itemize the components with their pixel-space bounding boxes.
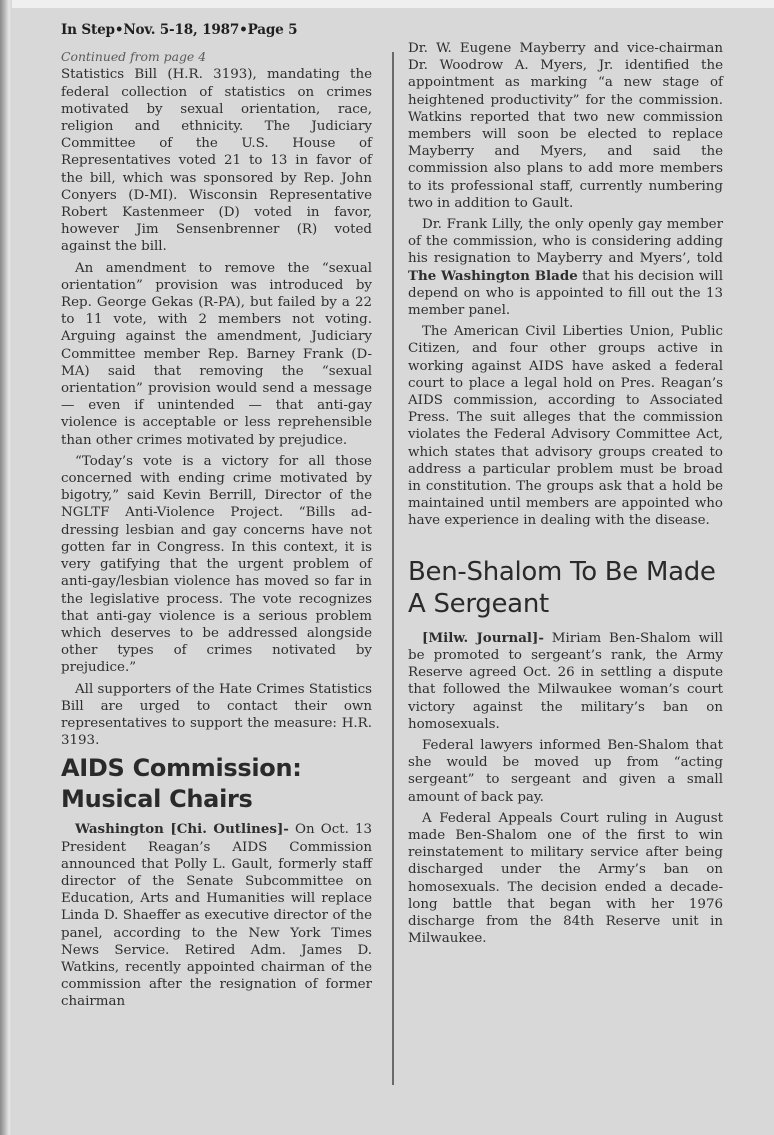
headline-line-2: Musical Chairs [61, 784, 372, 815]
lead-text: On Oct. 13 President Reagan’s AIDS Commi… [61, 822, 372, 1009]
hate-crimes-paragraph-1: Statistics Bill (H.R. 3193), mandating t… [61, 66, 372, 255]
column-divider [392, 52, 394, 1085]
right-column: Dr. W. Eugene Mayberry and vice-chairman… [408, 40, 723, 951]
publication-name: The Washington Blade [408, 268, 578, 284]
ben-shalom-lead: [Milw. Journal]- Miriam Ben-Shalom will … [408, 630, 723, 733]
page-binding-gutter [0, 0, 12, 1135]
lilly-paragraph: Dr. Frank Lilly, the only openly gay mem… [408, 216, 723, 319]
aclu-paragraph: The American Civil Liberties Union, Publ… [408, 323, 723, 529]
hate-crimes-paragraph-4: All supporters of the Hate Crimes Statis… [61, 681, 372, 750]
headline-ben-shalom: Ben-Shalom To Be Made A Sergeant [408, 556, 723, 620]
dateline: Washington [Chi. Outlines]- [75, 821, 289, 837]
page-folio: In Step•Nov. 5-18, 1987•Page 5 [61, 22, 372, 39]
hate-crimes-paragraph-3: “Today’s vote is a victory for all those… [61, 453, 372, 677]
headline-line-2: A Sergeant [408, 588, 723, 620]
ben-shalom-paragraph-2: Federal lawyers informed Ben-Shalom that… [408, 737, 723, 806]
hate-crimes-paragraph-2: An amendment to remove the “sexual orien… [61, 260, 372, 449]
left-column: In Step•Nov. 5-18, 1987•Page 5 Continued… [61, 22, 372, 1015]
headline-aids-commission: AIDS Commission: Musical Chairs [61, 753, 372, 815]
dateline: [Milw. Journal]- [422, 630, 544, 646]
aids-commission-continued: Dr. W. Eugene Mayberry and vice-chairman… [408, 40, 723, 212]
continued-note: Continued from page 4 [61, 48, 372, 65]
lilly-text-before: Dr. Frank Lilly, the only openly gay mem… [408, 217, 723, 266]
ben-shalom-paragraph-3: A Federal Appeals Court ruling in August… [408, 810, 723, 948]
headline-line-1: AIDS Commission: [61, 753, 372, 784]
aids-commission-lead: Washington [Chi. Outlines]- On Oct. 13 P… [61, 821, 372, 1010]
headline-line-1: Ben-Shalom To Be Made [408, 556, 723, 588]
